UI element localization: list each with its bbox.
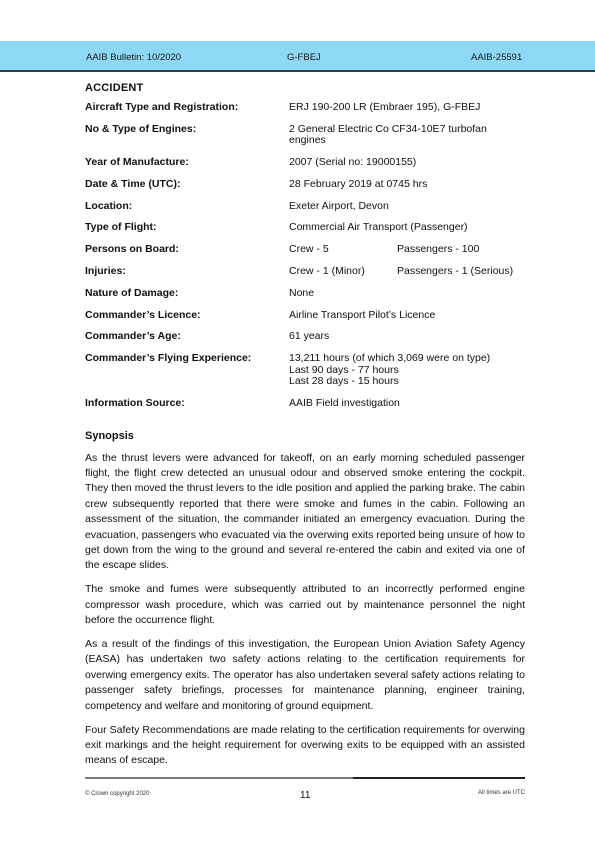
bulletin-number: AAIB Bulletin: 10/2020 bbox=[86, 52, 181, 63]
fact-value: Airline Transport Pilot’s Licence bbox=[289, 310, 525, 322]
crew-count: Crew - 5 bbox=[289, 244, 397, 256]
synopsis-paragraph: Four Safety Recommendations are made rel… bbox=[85, 723, 525, 769]
copyright-notice: © Crown copyright 2020 bbox=[85, 791, 149, 797]
fact-row: Commander’s Licence: Airline Transport P… bbox=[85, 310, 525, 322]
fact-label: Information Source: bbox=[85, 398, 289, 410]
footer-divider bbox=[85, 777, 353, 779]
fact-label: No & Type of Engines: bbox=[85, 124, 289, 147]
last-28-days: Last 28 days - 15 hours bbox=[289, 376, 525, 388]
fact-label: Date & Time (UTC): bbox=[85, 179, 289, 191]
header-band: AAIB Bulletin: 10/2020 G-FBEJ AAIB-25591 bbox=[0, 41, 595, 72]
synopsis-paragraph: The smoke and fumes were subsequently at… bbox=[85, 582, 525, 628]
footer-divider bbox=[353, 777, 525, 779]
synopsis-paragraph: As the thrust levers were advanced for t… bbox=[85, 451, 525, 574]
facts-table: Aircraft Type and Registration: ERJ 190-… bbox=[85, 102, 525, 410]
fact-row: Year of Manufacture: 2007 (Serial no: 19… bbox=[85, 157, 525, 169]
fact-label: Persons on Board: bbox=[85, 244, 289, 256]
synopsis-heading: Synopsis bbox=[85, 430, 525, 442]
fact-value: Exeter Airport, Devon bbox=[289, 201, 525, 213]
fact-row: Nature of Damage: None bbox=[85, 288, 525, 300]
fact-label: Year of Manufacture: bbox=[85, 157, 289, 169]
fact-row: Commander’s Age: 61 years bbox=[85, 331, 525, 343]
fact-row: Date & Time (UTC): 28 February 2019 at 0… bbox=[85, 179, 525, 191]
fact-label: Aircraft Type and Registration: bbox=[85, 102, 289, 114]
report-reference: AAIB-25591 bbox=[471, 52, 522, 63]
fact-label: Nature of Damage: bbox=[85, 288, 289, 300]
fact-label: Injuries: bbox=[85, 266, 289, 278]
fact-value: 13,211 hours (of which 3,069 were on typ… bbox=[289, 353, 525, 388]
passenger-count: Passengers - 100 bbox=[397, 244, 479, 256]
aircraft-registration: G-FBEJ bbox=[287, 52, 321, 63]
fact-value: Crew - 5 Passengers - 100 bbox=[289, 244, 525, 256]
fact-row: Commander’s Flying Experience: 13,211 ho… bbox=[85, 353, 525, 388]
page-number: 11 bbox=[300, 790, 310, 801]
fact-label: Commander’s Licence: bbox=[85, 310, 289, 322]
synopsis-paragraph: As a result of the findings of this inve… bbox=[85, 637, 525, 714]
fact-label: Type of Flight: bbox=[85, 222, 289, 234]
fact-row: Injuries: Crew - 1 (Minor) Passengers - … bbox=[85, 266, 525, 278]
fact-row: No & Type of Engines: 2 General Electric… bbox=[85, 124, 525, 147]
fact-value: 2 General Electric Co CF34-10E7 turbofan… bbox=[289, 124, 525, 147]
time-note: All times are UTC bbox=[478, 790, 525, 796]
fact-row: Type of Flight: Commercial Air Transport… bbox=[85, 222, 525, 234]
fact-row: Aircraft Type and Registration: ERJ 190-… bbox=[85, 102, 525, 114]
report-body: ACCIDENT Aircraft Type and Registration:… bbox=[85, 82, 525, 777]
fact-value: ERJ 190-200 LR (Embraer 195), G-FBEJ bbox=[289, 102, 525, 114]
fact-value: Crew - 1 (Minor) Passengers - 1 (Serious… bbox=[289, 266, 525, 278]
crew-injuries: Crew - 1 (Minor) bbox=[289, 266, 397, 278]
section-title: ACCIDENT bbox=[85, 82, 525, 94]
fact-label: Commander’s Flying Experience: bbox=[85, 353, 289, 388]
passenger-injuries: Passengers - 1 (Serious) bbox=[397, 266, 513, 278]
fact-label: Location: bbox=[85, 201, 289, 213]
fact-value: Commercial Air Transport (Passenger) bbox=[289, 222, 525, 234]
fact-value: 2007 (Serial no: 19000155) bbox=[289, 157, 525, 169]
fact-row: Information Source: AAIB Field investiga… bbox=[85, 398, 525, 410]
fact-row: Location: Exeter Airport, Devon bbox=[85, 201, 525, 213]
fact-label: Commander’s Age: bbox=[85, 331, 289, 343]
fact-value: 61 years bbox=[289, 331, 525, 343]
fact-value: 28 February 2019 at 0745 hrs bbox=[289, 179, 525, 191]
fact-row: Persons on Board: Crew - 5 Passengers - … bbox=[85, 244, 525, 256]
fact-value: AAIB Field investigation bbox=[289, 398, 525, 410]
fact-value: None bbox=[289, 288, 525, 300]
